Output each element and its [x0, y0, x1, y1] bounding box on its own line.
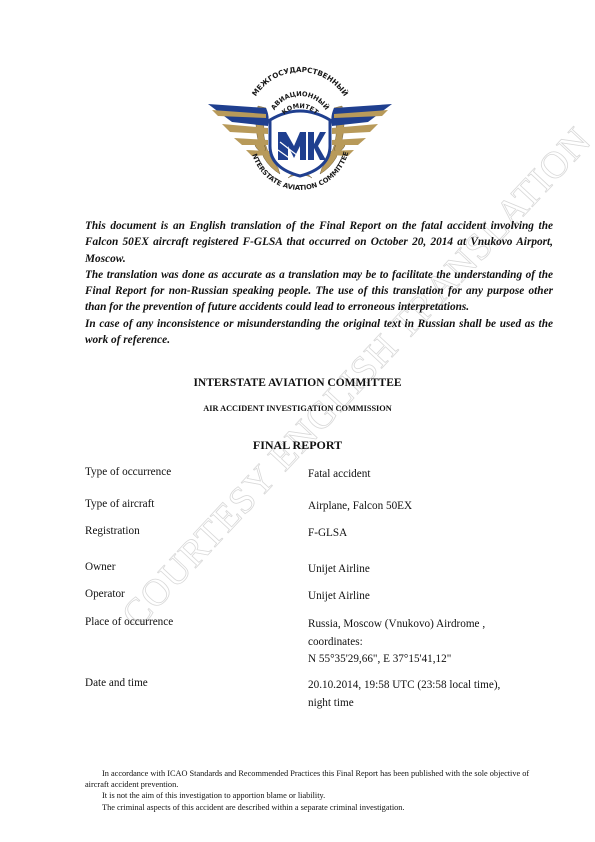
fact-label: Date and time [85, 677, 148, 689]
commission-heading: AIR ACCIDENT INVESTIGATION COMMISSION [0, 404, 595, 413]
report-title: FINAL REPORT [0, 438, 595, 453]
disclaimer-paragraph: The translation was done as accurate as … [85, 267, 553, 316]
disclaimer-paragraph: This document is an English translation … [85, 218, 553, 267]
fact-value-line: night time [308, 695, 500, 713]
fact-value: Russia, Moscow (Vnukovo) Airdrome ,coord… [308, 616, 485, 669]
fact-value: F-GLSA [308, 525, 347, 543]
fact-label: Place of occurrence [85, 616, 173, 628]
fact-label: Type of aircraft [85, 498, 154, 510]
disclaimer-paragraph: In case of any inconsistence or misunder… [85, 316, 553, 349]
footer-paragraph: It is not the aim of this investigation … [85, 790, 555, 801]
footer-paragraph: In accordance with ICAO Standards and Re… [85, 768, 555, 790]
fact-value-line: Fatal accident [308, 466, 370, 484]
fact-value-line: Unijet Airline [308, 561, 370, 579]
fact-value-line: 20.10.2014, 19:58 UTC (23:58 local time)… [308, 677, 500, 695]
organization-heading: INTERSTATE AVIATION COMMITTEE [0, 377, 595, 389]
fact-value-line: coordinates: [308, 634, 485, 652]
translation-disclaimer: This document is an English translation … [85, 218, 553, 348]
mak-logo: МЕЖГОСУДАРСТВЕННЫЙ АВИАЦИОННЫЙ КОМИТЕТ I… [208, 46, 392, 214]
fact-label: Owner [85, 561, 115, 573]
fact-label: Registration [85, 525, 140, 537]
footer-paragraph: The criminal aspects of this accident ar… [85, 802, 555, 813]
fact-value: Fatal accident [308, 466, 370, 484]
fact-value-line: F-GLSA [308, 525, 347, 543]
footer-notice: In accordance with ICAO Standards and Re… [85, 768, 555, 813]
fact-value: 20.10.2014, 19:58 UTC (23:58 local time)… [308, 677, 500, 712]
fact-value: Airplane, Falcon 50EX [308, 498, 412, 516]
fact-value-line: N 55°35'29,66", E 37°15'41,12" [308, 651, 485, 669]
fact-label: Type of occurrence [85, 466, 171, 478]
fact-value-line: Airplane, Falcon 50EX [308, 498, 412, 516]
fact-value-line: Unijet Airline [308, 588, 370, 606]
fact-label: Operator [85, 588, 125, 600]
document-page: МЕЖГОСУДАРСТВЕННЫЙ АВИАЦИОННЫЙ КОМИТЕТ I… [0, 0, 595, 842]
fact-value: Unijet Airline [308, 588, 370, 606]
fact-value: Unijet Airline [308, 561, 370, 579]
fact-value-line: Russia, Moscow (Vnukovo) Airdrome , [308, 616, 485, 634]
